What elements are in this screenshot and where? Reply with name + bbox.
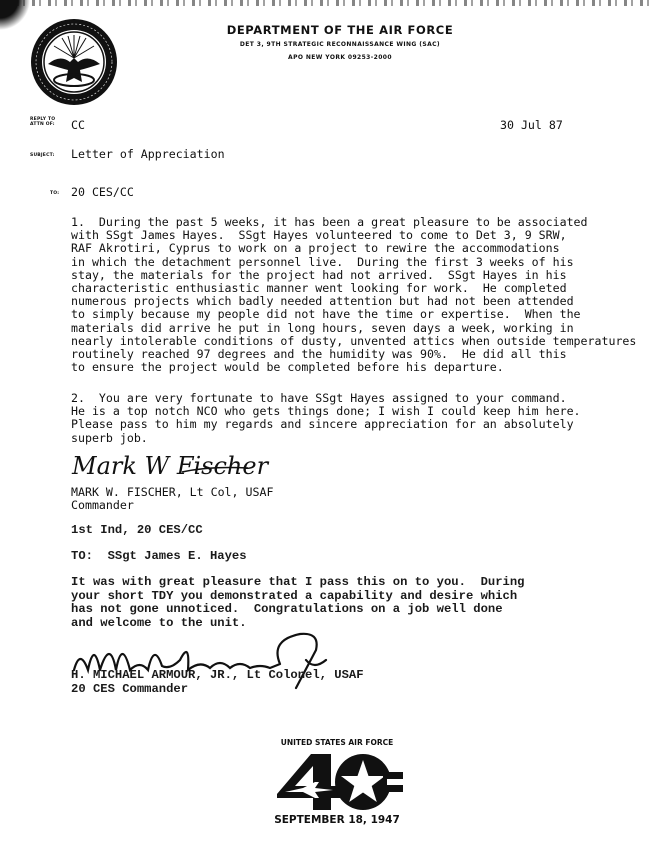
usaf-40th-logo: [275, 752, 405, 812]
paragraph-line: materials did arrive he put in long hour…: [71, 322, 636, 335]
scan-edge: [0, 0, 656, 6]
reply-to-label-line2: ATTN OF:: [30, 122, 55, 127]
indorsement-line: has not gone unnoticed. Congratulations …: [71, 603, 524, 617]
paragraph-line: Please pass to him my regards and sincer…: [71, 418, 581, 431]
signer2-title: 20 CES Commander: [71, 683, 188, 697]
numeral-4: [277, 754, 341, 810]
body-paragraph-1: 1. During the past 5 weeks, it has been …: [71, 216, 636, 374]
letterhead-title: DEPARTMENT OF THE AIR FORCE: [150, 23, 530, 37]
paragraph-line: RAF Akrotiri, Cyprus to work on a projec…: [71, 242, 636, 255]
signer1-title: Commander: [71, 499, 134, 512]
letterhead-unit: DET 3, 9TH STRATEGIC RECONNAISSANCE WING…: [150, 41, 530, 48]
indorsement-text: It was with great pleasure that I pass t…: [71, 576, 524, 630]
body-paragraph-2: 2. You are very fortunate to have SSgt H…: [71, 392, 581, 445]
subject-value: Letter of Appreciation: [71, 148, 225, 161]
signature-flourish: [180, 462, 250, 476]
reply-to-value: CC: [71, 119, 85, 132]
paragraph-line: to ensure the project would be completed…: [71, 361, 636, 374]
paragraph-line: to simply because my people did not have…: [71, 308, 636, 321]
paragraph-line: in which the detachment personnel live. …: [71, 256, 636, 269]
usaf-40th-date: SEPTEMBER 18, 1947: [262, 814, 412, 826]
letterhead-address: APO NEW YORK 09253-2000: [150, 54, 530, 61]
department-of-defense-seal-icon: [30, 18, 118, 106]
letter-date: 30 Jul 87: [500, 119, 563, 132]
reply-to-label: REPLY TO ATTN OF:: [30, 117, 55, 127]
to-label: TO:: [50, 191, 59, 196]
paragraph-line: superb job.: [71, 432, 581, 445]
indorsement-line: and welcome to the unit.: [71, 617, 524, 631]
usaf-40th-top-text: UNITED STATES AIR FORCE: [262, 738, 412, 747]
subject-label: SUBJECT:: [30, 153, 55, 158]
indorsement-line: your short TDY you demonstrated a capabi…: [71, 590, 524, 604]
indorsement-line: It was with great pleasure that I pass t…: [71, 576, 524, 590]
indorsement-to: TO: SSgt James E. Hayes: [71, 550, 247, 564]
signer2-name: H. MICHAEL ARMOUR, JR., Lt Colonel, USAF: [71, 669, 364, 683]
to-value: 20 CES/CC: [71, 186, 134, 199]
indorsement-heading: 1st Ind, 20 CES/CC: [71, 524, 203, 538]
